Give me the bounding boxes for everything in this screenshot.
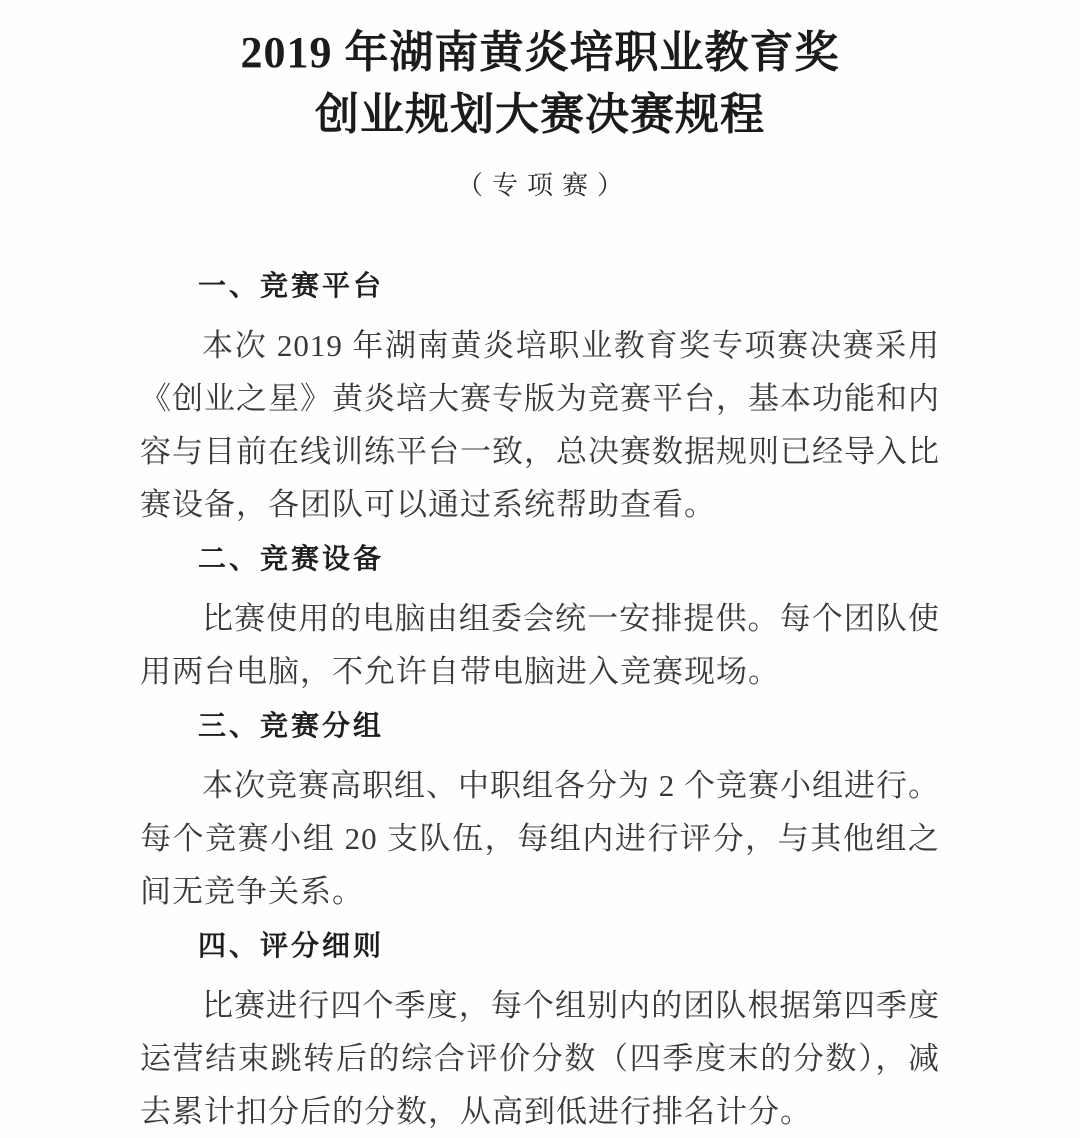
section-paragraph-1-platform: 本次 2019 年湖南黄炎培职业教育奖专项赛决赛采用《创业之星》黄炎培大赛专版为…: [140, 319, 940, 531]
document-body: 一、竞赛平台 本次 2019 年湖南黄炎培职业教育奖专项赛决赛采用《创业之星》黄…: [140, 266, 940, 1138]
document-title-line1: 2019 年湖南黄炎培职业教育奖: [241, 28, 840, 77]
section-heading-3-grouping: 三、竞赛分组: [140, 706, 940, 746]
document-subtitle: （专项赛）: [0, 168, 1080, 204]
section-heading-2-equipment: 二、竞赛设备: [140, 539, 940, 579]
document-title: 2019 年湖南黄炎培职业教育奖 创业规划大赛决赛规程: [0, 0, 1080, 146]
section-heading-4-scoring: 四、评分细则: [140, 926, 940, 966]
document-page: 2019 年湖南黄炎培职业教育奖 创业规划大赛决赛规程 （专项赛） 一、竞赛平台…: [0, 0, 1080, 1138]
section-heading-1-platform: 一、竞赛平台: [140, 266, 940, 306]
document-title-line2: 创业规划大赛决赛规程: [315, 90, 765, 139]
section-paragraph-4-scoring: 比赛进行四个季度，每个组别内的团队根据第四季度运营结束跳转后的综合评价分数（四季…: [140, 979, 940, 1138]
section-paragraph-2-equipment: 比赛使用的电脑由组委会统一安排提供。每个团队使用两台电脑，不允许自带电脑进入竞赛…: [140, 592, 940, 698]
section-paragraph-3-grouping: 本次竞赛高职组、中职组各分为 2 个竞赛小组进行。每个竞赛小组 20 支队伍，每…: [140, 759, 940, 918]
